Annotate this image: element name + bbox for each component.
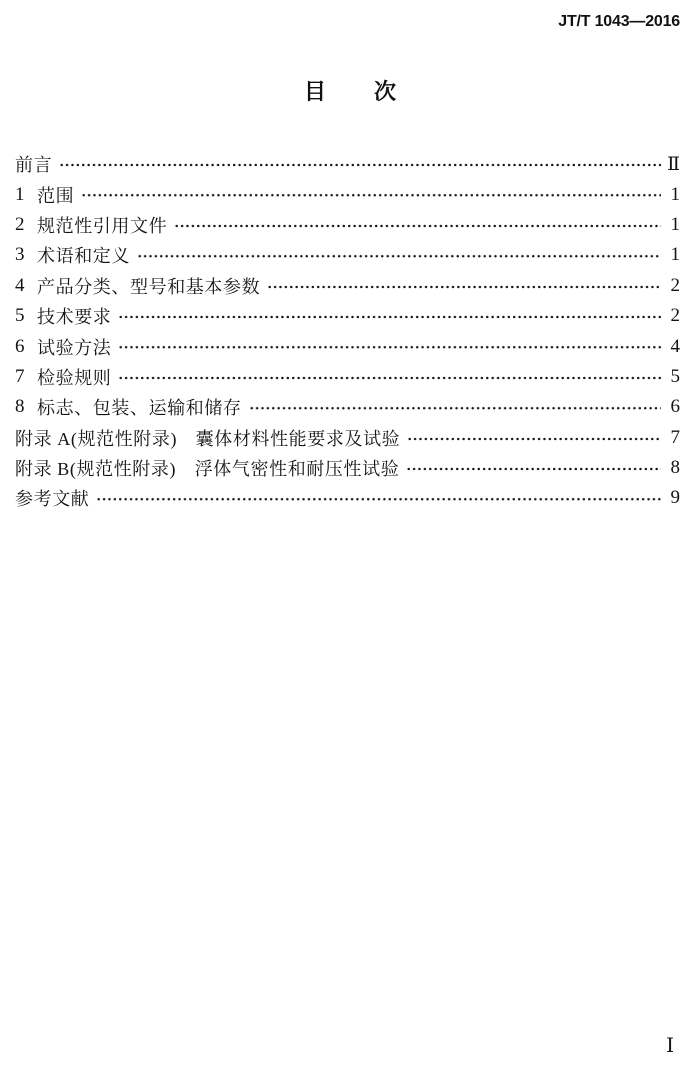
footer-page-number: Ⅰ xyxy=(666,1033,674,1058)
toc-row: 4 产品分类、型号和基本参数 2 xyxy=(15,271,680,301)
toc-entry-number: 8 xyxy=(15,396,37,418)
toc-entry-page: 8 xyxy=(665,457,680,479)
toc-entry-page: 4 xyxy=(665,336,680,358)
toc-entry-number: 4 xyxy=(15,275,37,297)
toc-leader-dots xyxy=(59,150,661,180)
document-page: JT/T 1043—2016 目 次 前言 Ⅱ 1 范围 1 2 规范性引用文件… xyxy=(0,0,700,1070)
toc-entry-number: 6 xyxy=(15,336,37,358)
toc-leader-dots xyxy=(96,484,661,514)
table-of-contents: 前言 Ⅱ 1 范围 1 2 规范性引用文件 1 3 术语和定义 1 4 产品分类… xyxy=(15,149,680,514)
toc-row: 6 试验方法 4 xyxy=(15,331,680,361)
toc-row: 附录 B(规范性附录) 浮体气密性和耐压性试验 8 xyxy=(15,453,680,483)
toc-entry-number: 5 xyxy=(15,305,37,327)
toc-entry-label: 范围 xyxy=(37,182,74,208)
toc-entry-label: 附录 B(规范性附录) 浮体气密性和耐压性试验 xyxy=(15,455,399,481)
toc-row: 参考文献 9 xyxy=(15,483,680,513)
standard-code: JT/T 1043—2016 xyxy=(558,13,680,31)
toc-entry-page: 2 xyxy=(665,305,680,327)
toc-entry-label: 试验方法 xyxy=(37,334,111,360)
toc-row: 2 规范性引用文件 1 xyxy=(15,210,680,240)
toc-entry-number: 3 xyxy=(15,244,37,266)
toc-row: 1 范围 1 xyxy=(15,179,680,209)
toc-leader-dots xyxy=(137,241,661,271)
toc-leader-dots xyxy=(118,363,661,393)
toc-entry-number: 1 xyxy=(15,184,37,206)
toc-entry-page: Ⅱ xyxy=(665,153,680,176)
toc-entry-page: 1 xyxy=(665,244,680,266)
toc-leader-dots xyxy=(118,302,661,332)
toc-leader-dots xyxy=(118,332,661,362)
toc-leader-dots xyxy=(267,272,661,302)
toc-entry-number: 7 xyxy=(15,366,37,388)
toc-entry-page: 6 xyxy=(665,396,680,418)
toc-entry-label: 检验规则 xyxy=(37,364,111,390)
toc-leader-dots xyxy=(174,211,661,241)
toc-entry-page: 5 xyxy=(665,366,680,388)
document-title-char-right: 次 xyxy=(374,81,396,103)
document-title-char-left: 目 xyxy=(304,81,326,103)
toc-row: 前言 Ⅱ xyxy=(15,149,680,179)
toc-entry-label: 附录 A(规范性附录) 囊体材料性能要求及试验 xyxy=(15,425,400,451)
toc-entry-label: 产品分类、型号和基本参数 xyxy=(37,273,260,299)
toc-leader-dots xyxy=(406,454,661,484)
toc-entry-label: 规范性引用文件 xyxy=(37,212,167,238)
toc-entry-page: 2 xyxy=(665,275,680,297)
toc-entry-number: 2 xyxy=(15,214,37,236)
toc-entry-label: 前言 xyxy=(15,151,52,177)
toc-entry-page: 1 xyxy=(665,214,680,236)
toc-entry-label: 参考文献 xyxy=(15,485,89,511)
toc-row: 8 标志、包装、运输和储存 6 xyxy=(15,392,680,422)
toc-row: 7 检验规则 5 xyxy=(15,362,680,392)
toc-entry-label: 术语和定义 xyxy=(37,242,130,268)
toc-row: 附录 A(规范性附录) 囊体材料性能要求及试验 7 xyxy=(15,423,680,453)
document-title: 目 次 xyxy=(0,81,700,103)
toc-row: 3 术语和定义 1 xyxy=(15,240,680,270)
toc-leader-dots xyxy=(407,424,661,454)
toc-entry-page: 1 xyxy=(665,184,680,206)
toc-entry-label: 标志、包装、运输和储存 xyxy=(37,394,242,420)
toc-entry-label: 技术要求 xyxy=(37,303,111,329)
toc-entry-page: 7 xyxy=(665,427,680,449)
toc-row: 5 技术要求 2 xyxy=(15,301,680,331)
toc-leader-dots xyxy=(81,180,661,210)
toc-entry-page: 9 xyxy=(665,487,680,509)
toc-leader-dots xyxy=(249,393,661,423)
